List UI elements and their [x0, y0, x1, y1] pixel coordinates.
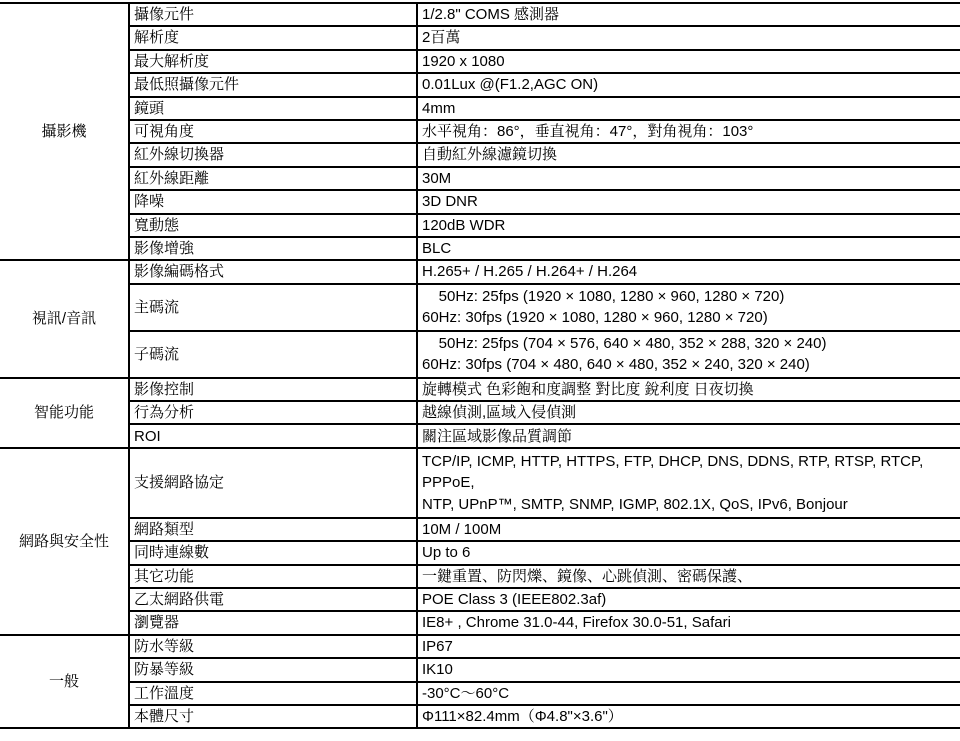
- spec-row-label: 行為分析: [130, 402, 416, 423]
- spec-table: 攝影機 攝像元件 1/2.8" COMS 感測器 解析度 2百萬 最大解析度 1…: [0, 2, 960, 729]
- spec-row-value: 一鍵重置、防閃爍、鏡像、心跳偵測、密碼保護、: [418, 566, 960, 587]
- spec-row-label: 鏡頭: [130, 98, 416, 119]
- spec-row-value: 1920 x 1080: [418, 51, 960, 72]
- spec-row-value: IK10: [418, 659, 960, 680]
- spec-row-value: 自動紅外線濾鏡切換: [418, 144, 960, 165]
- category-cell: 攝影機: [0, 4, 128, 259]
- category-cell: 網路與安全性: [0, 449, 128, 634]
- spec-row-value: 50Hz: 25fps (1920 × 1080, 1280 × 960, 12…: [418, 285, 960, 330]
- spec-row-value: 4mm: [418, 98, 960, 119]
- spec-row-label: 乙太網路供電: [130, 589, 416, 610]
- spec-row-label: 最大解析度: [130, 51, 416, 72]
- spec-row-value: POE Class 3 (IEEE802.3af): [418, 589, 960, 610]
- spec-row-label: 工作溫度: [130, 683, 416, 704]
- spec-row-value: BLC: [418, 238, 960, 259]
- spec-row-label: 解析度: [130, 27, 416, 48]
- spec-row-label: 同時連線數: [130, 542, 416, 563]
- spec-row-value: 2百萬: [418, 27, 960, 48]
- spec-row-label: 影像編碼格式: [130, 261, 416, 282]
- spec-row-label: 可視角度: [130, 121, 416, 142]
- spec-row-value: H.265+ / H.265 / H.264+ / H.264: [418, 261, 960, 282]
- spec-row-label: 寬動態: [130, 215, 416, 236]
- category-cell: 智能功能: [0, 379, 128, 447]
- spec-row-value: 30M: [418, 168, 960, 189]
- spec-row-value: 旋轉模式 色彩飽和度調整 對比度 銳利度 日夜切換: [418, 379, 960, 400]
- spec-row-label: 網路類型: [130, 519, 416, 540]
- spec-row-value: 越線偵測,區域入侵偵測: [418, 402, 960, 423]
- spec-row-value: 關注區域影像品質調節: [418, 425, 960, 446]
- spec-row-label: 其它功能: [130, 566, 416, 587]
- spec-row-label: 瀏覽器: [130, 612, 416, 633]
- spec-row-label: 子碼流: [130, 332, 416, 377]
- spec-row-value: IP67: [418, 636, 960, 657]
- spec-row-value: 120dB WDR: [418, 215, 960, 236]
- spec-row-value: Up to 6: [418, 542, 960, 563]
- spec-row-label: 防水等級: [130, 636, 416, 657]
- spec-row-value: 0.01Lux @(F1.2,AGC ON): [418, 74, 960, 95]
- spec-row-label: 最低照攝像元件: [130, 74, 416, 95]
- spec-row-label: 本體尺寸: [130, 706, 416, 727]
- spec-row-label: 支援網路協定: [130, 449, 416, 517]
- spec-row-value: 10M / 100M: [418, 519, 960, 540]
- spec-row-value: 水平視角：86°，垂直視角：47°，對角視角：103°: [418, 121, 960, 142]
- spec-row-label: 影像增強: [130, 238, 416, 259]
- spec-row-value: 50Hz: 25fps (704 × 576, 640 × 480, 352 ×…: [418, 332, 960, 377]
- spec-row-value: Φ111×82.4mm（Φ4.8"×3.6"）: [418, 706, 960, 727]
- spec-row-value: 1/2.8" COMS 感測器: [418, 4, 960, 25]
- spec-row-value: IE8+ , Chrome 31.0-44, Firefox 30.0-51, …: [418, 612, 960, 633]
- spec-row-label: 降噪: [130, 191, 416, 212]
- spec-row-label: 攝像元件: [130, 4, 416, 25]
- spec-row-label: ROI: [130, 425, 416, 446]
- spec-row-label: 防暴等級: [130, 659, 416, 680]
- spec-row-label: 紅外線切換器: [130, 144, 416, 165]
- category-cell: 視訊/音訊: [0, 261, 128, 376]
- spec-row-label: 影像控制: [130, 379, 416, 400]
- category-cell: 一般: [0, 636, 128, 728]
- spec-row-label: 主碼流: [130, 285, 416, 330]
- spec-row-value: -30°C～60°C: [418, 683, 960, 704]
- spec-row-value: TCP/IP, ICMP, HTTP, HTTPS, FTP, DHCP, DN…: [418, 449, 960, 517]
- spec-row-value: 3D DNR: [418, 191, 960, 212]
- spec-row-label: 紅外線距離: [130, 168, 416, 189]
